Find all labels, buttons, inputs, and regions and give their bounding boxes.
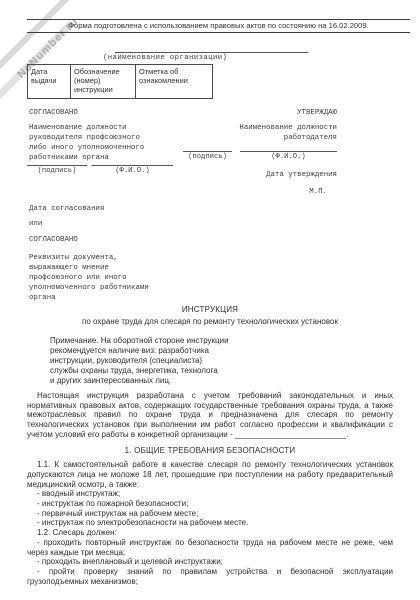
list-item: - первичный инструктаж на рабочем месте;	[27, 509, 393, 519]
signature-caption: (подпись)	[183, 153, 232, 162]
list-item: - инструктаж по пожарной безопасности;	[27, 499, 393, 509]
name-blank-line	[240, 151, 337, 152]
document-title: ИНСТРУКЦИЯ	[27, 304, 393, 316]
stamp-label: М.П.	[309, 187, 327, 197]
list-item: - проходить повторный инструктаж по безо…	[27, 538, 393, 557]
signature-caption: (подпись)	[27, 167, 87, 176]
approve-heading: УТВЕРЖДАЮ	[297, 108, 337, 118]
employer-position-block: Наименование должности работодателя	[239, 123, 337, 143]
intro-paragraph: Настоящая инструкция разработана с учето…	[27, 391, 393, 440]
name-caption: (Ф.И.О.)	[92, 167, 173, 176]
org-name-caption: (наименование организации)	[103, 54, 227, 62]
union-position-block: Наименование должности руководителя проф…	[29, 123, 144, 163]
list-item: - пройти проверку знаний по правилам уст…	[27, 567, 393, 586]
document-body: ИНСТРУКЦИЯ по охране труда для слесаря п…	[27, 304, 393, 586]
section-1-heading: 1. ОБЩИЕ ТРЕБОВАНИЯ БЕЗОПАСНОСТИ	[27, 446, 393, 456]
paragraph-1-1: 1.1. К самостоятельной работе в качестве…	[27, 460, 393, 489]
org-name-blank-line	[115, 52, 308, 53]
paragraph-1-2: 1.2. Слесарь должен:	[27, 528, 393, 538]
note-paragraph: Примечание. На оборотной стороне инструк…	[50, 336, 300, 386]
name-blank-line	[92, 165, 173, 166]
signature-blank-line	[183, 151, 232, 152]
or-label: или	[29, 219, 42, 229]
table-header-issue-date: Дата выдачи	[28, 65, 71, 98]
list-item: - проходить внеплановый и целевой инстру…	[27, 557, 393, 567]
instruction-register-table: Дата выдачи Обозначение (номер) инструкц…	[27, 64, 213, 99]
form-source-banner: Форма подготовлена с использованием прав…	[27, 19, 410, 33]
list-item: - вводный инструктаж;	[27, 489, 393, 499]
document-requisites-block: Реквизиты документа, выражающего мнение …	[29, 253, 149, 303]
table-header-acknowledgement: Отметка об ознакомлении	[136, 65, 212, 98]
agreed-heading-2: СОГЛАСОВАНО	[29, 235, 78, 245]
list-item: - инструктаж по электробезопасности на р…	[27, 518, 393, 528]
table-header-instruction-number: Обозначение (номер) инструкции	[71, 65, 136, 98]
agreed-heading: СОГЛАСОВАНО	[29, 108, 78, 118]
document-page: NoNumber.ru Форма подготовлена с использ…	[0, 0, 420, 600]
agreement-date-label: Дата согласования	[29, 204, 104, 214]
approval-date-label: Дата утверждения	[266, 170, 337, 180]
document-subtitle: по охране труда для слесаря по ремонту т…	[27, 316, 393, 328]
signature-blank-line	[27, 165, 87, 166]
name-caption: (Ф.И.О.)	[240, 153, 337, 162]
